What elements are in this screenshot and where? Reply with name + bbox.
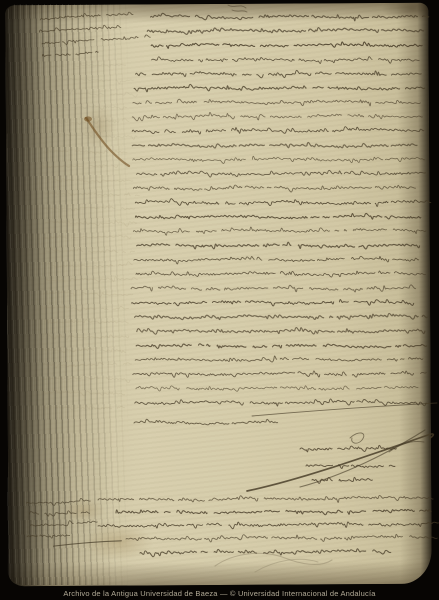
archive-scan-photo: Archivo de la Antigua Universidad de Bae…: [0, 0, 439, 600]
book-spine: [7, 4, 129, 585]
photo-caption: Archivo de la Antigua Universidad de Bae…: [0, 588, 439, 599]
